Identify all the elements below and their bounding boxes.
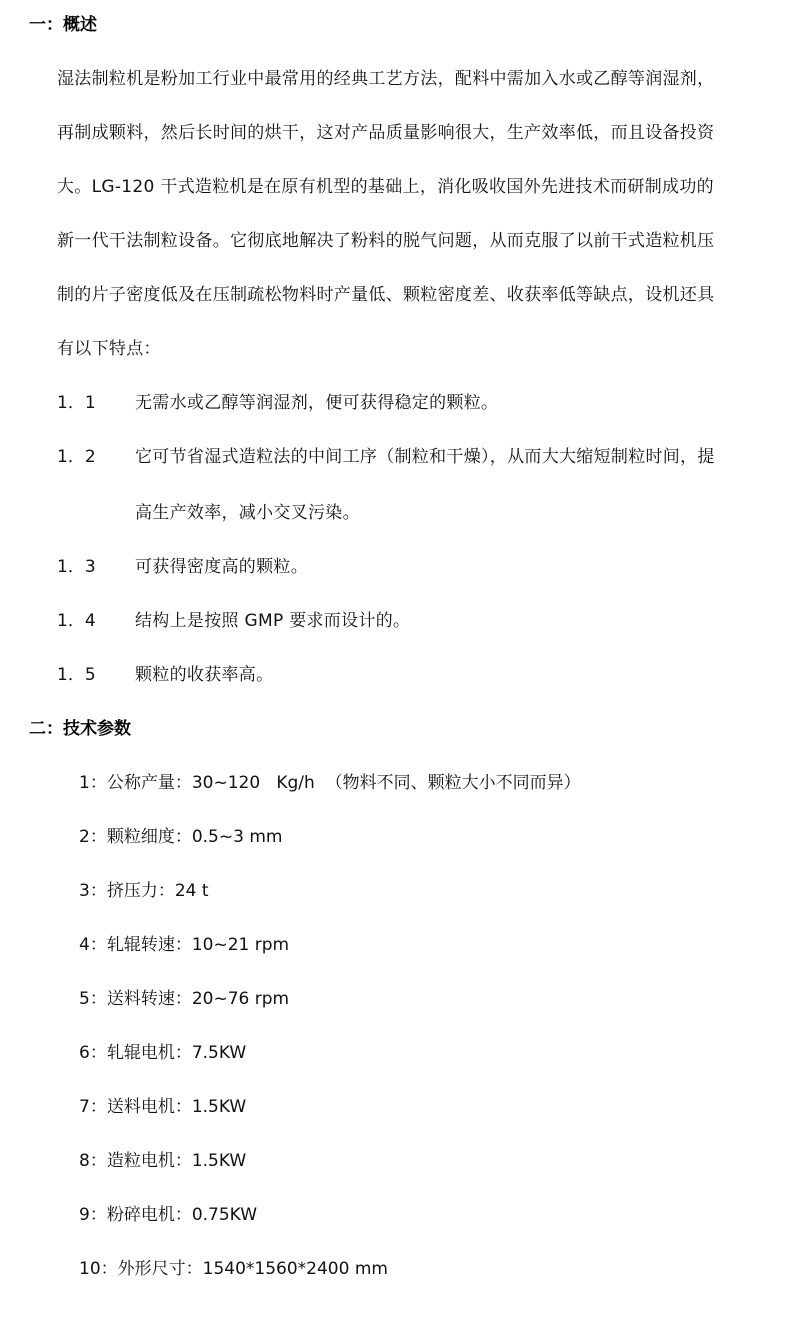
paragraph-line: 再制成颗料，然后长时间的烘干，这对产品质量影响很大，生产效率低，而且设备投资: [57, 121, 714, 145]
feature-text: 可获得密度高的颗粒。: [135, 555, 308, 579]
paragraph-line: 新一代干法制粒设备。它彻底地解决了粉料的脱气问题，从而克服了以前干式造粒机压: [57, 229, 714, 253]
spec-item-crusher-motor: 9：粉碎电机：0.75KW: [79, 1203, 257, 1227]
feature-text: 颗粒的收获率高。: [135, 663, 273, 687]
feature-number: 1．4: [57, 609, 96, 633]
feature-text: 它可节省湿式造粒法的中间工序（制粒和干燥），从而大大缩短制粒时间，提: [135, 445, 715, 469]
spec-item-dimensions: 10：外形尺寸：1540*1560*2400 mm: [79, 1257, 388, 1281]
section-heading-specs: 二：技术参数: [29, 717, 131, 741]
spec-item-roller-speed: 4：轧辊转速：10~21 rpm: [79, 933, 289, 957]
spec-item-capacity: 1：公称产量：30~120 Kg/h （物料不同、颗粒大小不同而异）: [79, 771, 581, 795]
feature-text: 结构上是按照 GMP 要求而设计的。: [135, 609, 410, 633]
feature-text: 无需水或乙醇等润湿剂，便可获得稳定的颗粒。: [135, 391, 498, 415]
feature-number: 1．1: [57, 391, 96, 415]
spec-item-granule-size: 2：颗粒细度：0.5~3 mm: [79, 825, 282, 849]
spec-item-feed-motor: 7：送料电机：1.5KW: [79, 1095, 246, 1119]
paragraph-line: 大。LG-120 干式造粒机是在原有机型的基础上，消化吸收国外先进技术而研制成功…: [57, 175, 714, 199]
section-heading-overview: 一：概述: [29, 13, 97, 37]
feature-number: 1．3: [57, 555, 96, 579]
spec-item-pressure: 3：挤压力：24 t: [79, 879, 209, 903]
feature-text-continued: 高生产效率，减小交叉污染。: [135, 501, 360, 525]
spec-item-granulator-motor: 8：造粒电机：1.5KW: [79, 1149, 246, 1173]
paragraph-line: 有以下特点：: [57, 337, 161, 361]
paragraph-line: 制的片子密度低及在压制疏松物料时产量低、颗粒密度差、收获率低等缺点，设机还具: [57, 283, 714, 307]
spec-item-feed-speed: 5：送料转速：20~76 rpm: [79, 987, 289, 1011]
feature-number: 1．2: [57, 445, 96, 469]
feature-number: 1．5: [57, 663, 96, 687]
spec-item-roller-motor: 6：轧辊电机：7.5KW: [79, 1041, 246, 1065]
paragraph-line: 湿法制粒机是粉加工行业中最常用的经典工艺方法，配料中需加入水或乙醇等润湿剂，: [57, 67, 714, 91]
